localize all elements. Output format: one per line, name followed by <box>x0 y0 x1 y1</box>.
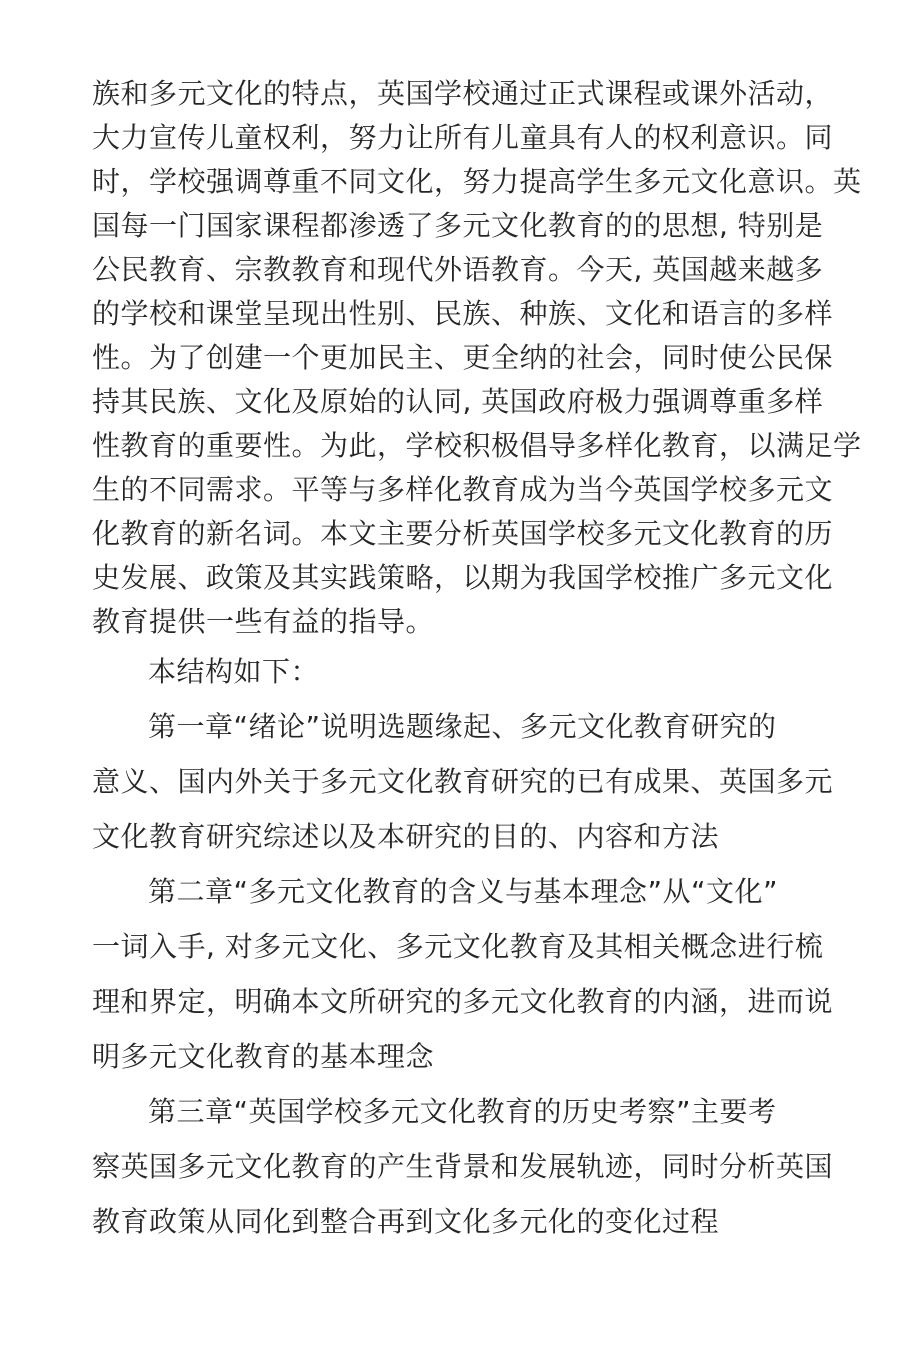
text-line: 性。为了创建一个更加民主、更全纳的社会，同时使公民保 <box>92 336 832 380</box>
chapter-1-summary: 第一章“绪论”说明选题缘起、多元文化教育研究的意义、国内外关于多元文化教育研究的… <box>92 699 832 864</box>
text-line: 持其民族、文化及原始的认同, 英国政府极力强调尊重多样 <box>92 380 832 424</box>
document-page: 族和多元文化的特点，英国学校通过正式课程或课外活动，大力宣传儿童权利，努力让所有… <box>0 0 920 1361</box>
structure-intro-line: 本结构如下： <box>92 644 832 699</box>
text-line: 教育提供一些有益的指导。 <box>92 600 832 644</box>
text-line: 本结构如下： <box>92 644 832 699</box>
text-line: 理和界定，明确本文所研究的多元文化教育的内涵，进而说 <box>92 974 832 1029</box>
text-line: 第三章“英国学校多元文化教育的历史考察”主要考 <box>92 1084 832 1139</box>
text-line: 文化教育研究综述以及本研究的目的、内容和方法 <box>92 809 832 864</box>
text-line: 史发展、政策及其实践策略，以期为我国学校推广多元文化 <box>92 556 832 600</box>
text-line: 公民教育、宗教教育和现代外语教育。今天, 英国越来越多 <box>92 248 832 292</box>
text-line: 第一章“绪论”说明选题缘起、多元文化教育研究的 <box>92 699 832 754</box>
text-line: 时，学校强调尊重不同文化，努力提高学生多元文化意识。英 <box>92 160 832 204</box>
chapter-2-summary: 第二章“多元文化教育的含义与基本理念”从“文化”一词入手, 对多元文化、多元文化… <box>92 864 832 1084</box>
text-line: 大力宣传儿童权利，努力让所有儿童具有人的权利意识。同 <box>92 116 832 160</box>
text-line: 教育政策从同化到整合再到文化多元化的变化过程 <box>92 1194 832 1249</box>
text-line: 的学校和课堂呈现出性别、民族、种族、文化和语言的多样 <box>92 292 832 336</box>
intro-continuation-paragraph: 族和多元文化的特点，英国学校通过正式课程或课外活动，大力宣传儿童权利，努力让所有… <box>92 72 832 644</box>
text-line: 生的不同需求。平等与多样化教育成为当今英国学校多元文 <box>92 468 832 512</box>
text-line: 察英国多元文化教育的产生背景和发展轨迹，同时分析英国 <box>92 1139 832 1194</box>
text-line: 国每一门国家课程都渗透了多元文化教育的的思想, 特别是 <box>92 204 832 248</box>
text-line: 明多元文化教育的基本理念 <box>92 1029 832 1084</box>
chapter-3-summary: 第三章“英国学校多元文化教育的历史考察”主要考察英国多元文化教育的产生背景和发展… <box>92 1084 832 1249</box>
text-line: 意义、国内外关于多元文化教育研究的已有成果、英国多元 <box>92 754 832 809</box>
text-line: 一词入手, 对多元文化、多元文化教育及其相关概念进行梳 <box>92 919 832 974</box>
text-line: 性教育的重要性。为此，学校积极倡导多样化教育，以满足学 <box>92 424 832 468</box>
text-line: 第二章“多元文化教育的含义与基本理念”从“文化” <box>92 864 832 919</box>
text-line: 族和多元文化的特点，英国学校通过正式课程或课外活动， <box>92 72 832 116</box>
text-line: 化教育的新名词。本文主要分析英国学校多元文化教育的历 <box>92 512 832 556</box>
document-body: 族和多元文化的特点，英国学校通过正式课程或课外活动，大力宣传儿童权利，努力让所有… <box>92 72 832 1249</box>
